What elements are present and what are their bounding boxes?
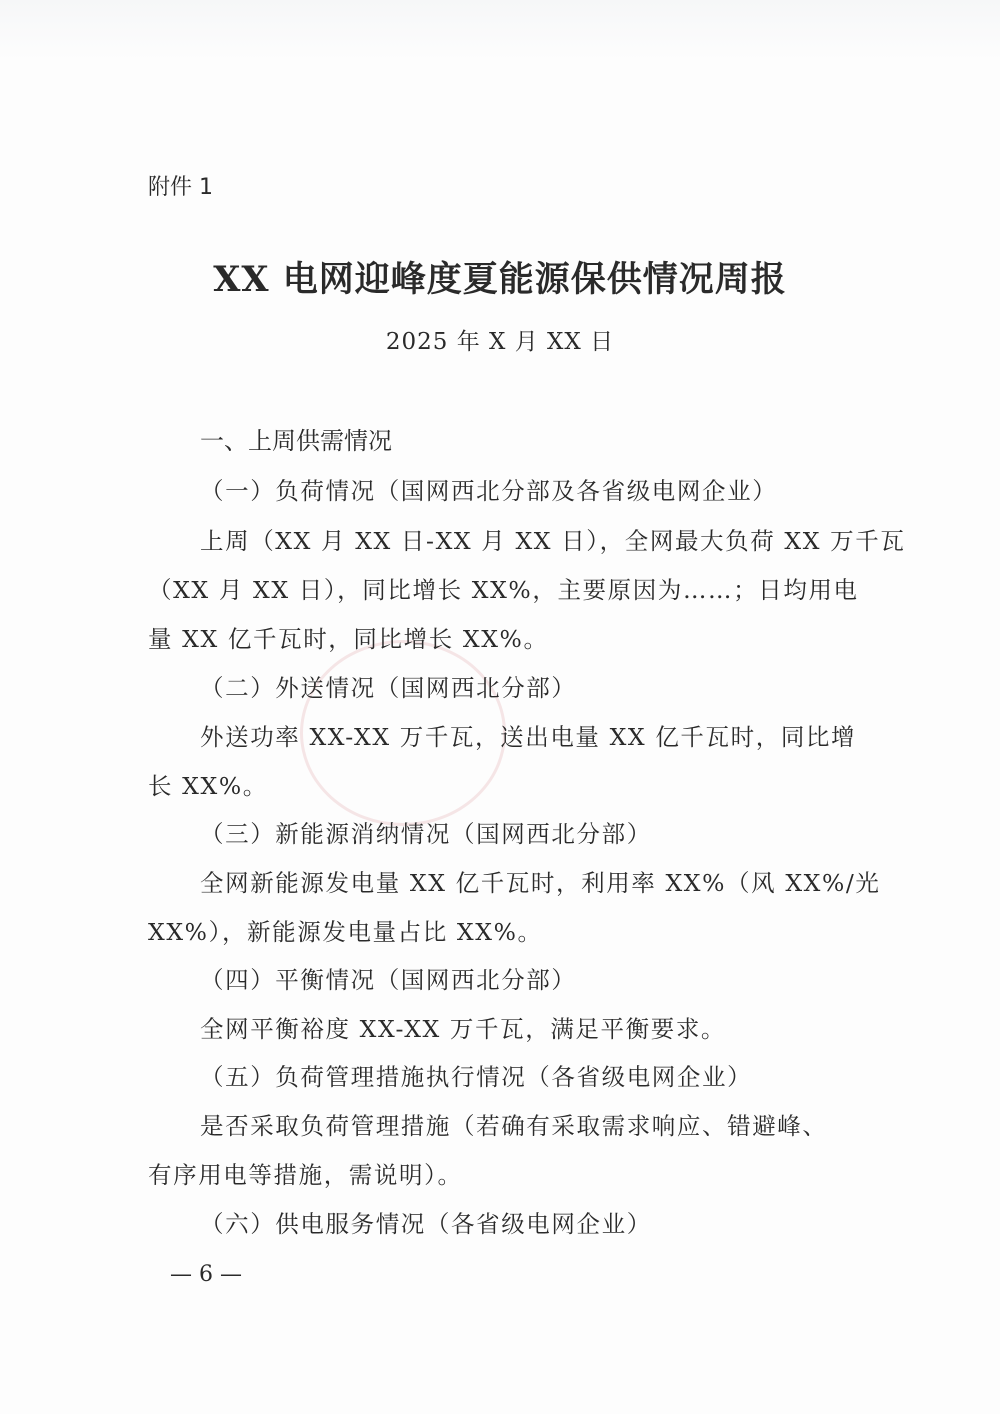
subsection-heading-renewables: （三）新能源消纳情况（国网西北分部） — [200, 815, 652, 849]
paragraph-line: 长 XX%。 — [148, 767, 268, 801]
subsection-heading-load-management: （五）负荷管理措施执行情况（各省级电网企业） — [200, 1058, 752, 1092]
paragraph-line: 上周（XX 月 XX 日-XX 月 XX 日），全网最大负荷 XX 万千瓦 — [200, 522, 905, 556]
paragraph-line: XX%），新能源发电量占比 XX%。 — [148, 913, 543, 947]
subsection-heading-service: （六）供电服务情况（各省级电网企业） — [200, 1205, 652, 1239]
subsection-heading-export: （二）外送情况（国网西北分部） — [200, 669, 577, 703]
paragraph-line: 量 XX 亿千瓦时，同比增长 XX%。 — [148, 620, 549, 654]
section-heading: 一、上周供需情况 — [200, 421, 392, 456]
paragraph-line: 是否采取负荷管理措施（若确有采取需求响应、错避峰、 — [200, 1107, 828, 1141]
paragraph-line: （XX 月 XX 日），同比增长 XX%，主要原因为……；日均用电 — [148, 571, 859, 605]
subsection-heading-balance: （四）平衡情况（国网西北分部） — [200, 961, 577, 995]
subsection-heading-load: （一）负荷情况（国网西北分部及各省级电网企业） — [200, 472, 777, 506]
paragraph-line: 全网新能源发电量 XX 亿千瓦时，利用率 XX%（风 XX%/光 — [200, 864, 881, 898]
document-title: XX 电网迎峰度夏能源保供情况周报 — [0, 252, 1000, 302]
document-date: 2025 年 X 月 XX 日 — [0, 323, 1000, 356]
document-page: 附件 1 XX 电网迎峰度夏能源保供情况周报 2025 年 X 月 XX 日 一… — [0, 0, 1000, 1414]
paragraph-line: 外送功率 XX-XX 万千瓦，送出电量 XX 亿千瓦时，同比增 — [200, 718, 856, 752]
paragraph-line: 全网平衡裕度 XX-XX 万千瓦，满足平衡要求。 — [200, 1010, 726, 1044]
attachment-label: 附件 1 — [148, 170, 213, 201]
paragraph-line: 有序用电等措施，需说明）。 — [148, 1156, 463, 1190]
page-number: — 6 — — [170, 1262, 242, 1287]
